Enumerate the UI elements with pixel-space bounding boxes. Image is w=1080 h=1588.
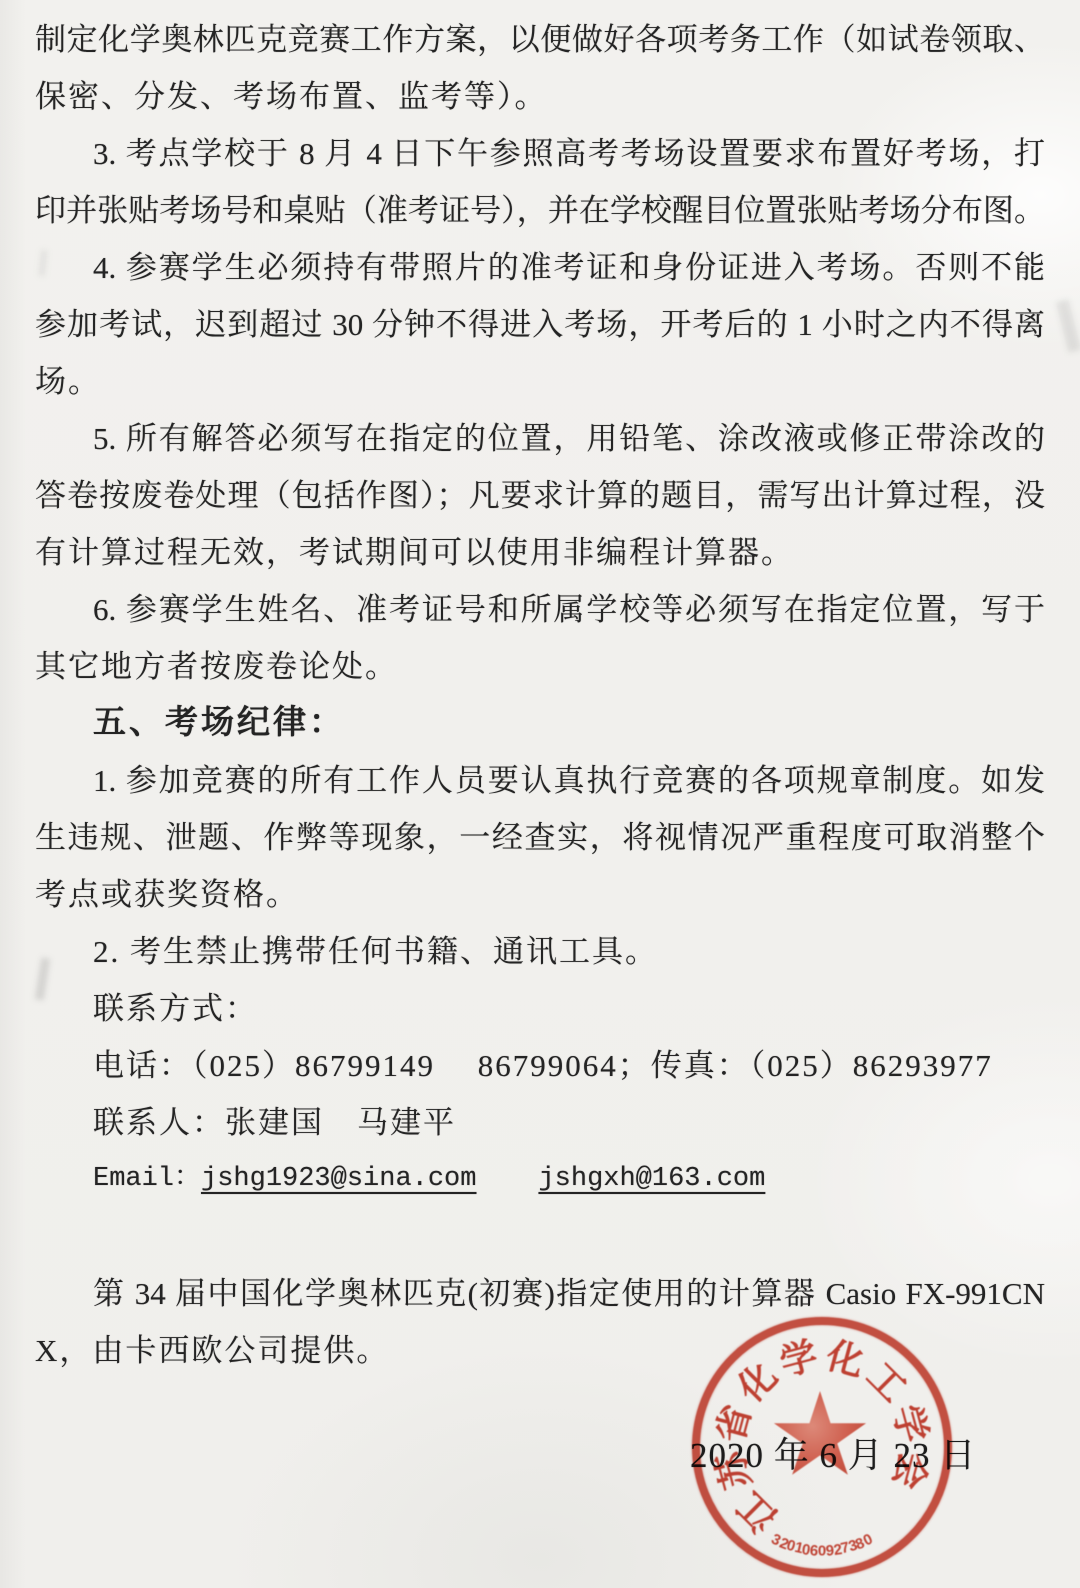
section-heading: 五、考场纪律：	[35, 695, 1045, 752]
text-line: 答卷按废卷处理（包括作图）；凡要求计算的题目，需写出计算过程，没	[35, 467, 1045, 524]
blank-line	[35, 1208, 1045, 1265]
text-line: 有计算过程无效，考试期间可以使用非编程计算器。	[35, 524, 1045, 581]
closing-line: 第 34 届中国化学奥林匹克(初赛)指定使用的计算器 Casio FX-991C…	[35, 1265, 1045, 1322]
text-line: 其它地方者按废卷论处。	[35, 638, 1045, 695]
text-line: 4. 参赛学生必须持有带照片的准考证和身份证进入考场。否则不能	[35, 239, 1045, 296]
email-line: Email：jshg1923@sina.comjshgxh@163.com	[35, 1151, 1045, 1208]
phone-fax-line: 电话：（025）86799149 86799064；传真：（025）862939…	[35, 1037, 1045, 1094]
text-line: 3. 考点学校于 8 月 4 日下午参照高考考场设置要求布置好考场，打	[35, 125, 1045, 182]
official-seal: 江苏省化学化工学会 3201060927380	[692, 1317, 952, 1577]
text-line: 1. 参加竞赛的所有工作人员要认真执行竞赛的各项规章制度。如发	[35, 752, 1045, 809]
email-address-2: jshgxh@163.com	[538, 1164, 765, 1194]
text-line: 印并张贴考场号和桌贴（准考证号），并在学校醒目位置张贴考场分布图。	[35, 182, 1045, 239]
text-line: 5. 所有解答必须写在指定的位置，用铅笔、涂改液或修正带涂改的	[35, 410, 1045, 467]
contact-heading: 联系方式：	[35, 980, 1045, 1037]
email-label: Email：	[93, 1164, 201, 1194]
text-line: 保密、分发、考场布置、监考等）。	[35, 68, 1045, 125]
text-line: 6. 参赛学生姓名、准考证号和所属学校等必须写在指定位置，写于	[35, 581, 1045, 638]
text-line: 生违规、泄题、作弊等现象，一经查实，将视情况严重程度可取消整个	[35, 809, 1045, 866]
text-line: 2. 考生禁止携带任何书籍、通讯工具。	[35, 923, 1045, 980]
text-line: 场。	[35, 353, 1045, 410]
document-body: 制定化学奥林匹克竞赛工作方案，以便做好各项考务工作（如试卷领取、 保密、分发、考…	[0, 0, 1080, 1379]
text-line: 制定化学奥林匹克竞赛工作方案，以便做好各项考务工作（如试卷领取、	[35, 11, 1045, 68]
text-line: 考点或获奖资格。	[35, 866, 1045, 923]
text-line: 参加考试，迟到超过 30 分钟不得进入考场，开考后的 1 小时之内不得离	[35, 296, 1045, 353]
contact-person-line: 联系人：张建国 马建平	[35, 1094, 1045, 1151]
email-address-1: jshg1923@sina.com	[201, 1164, 476, 1194]
scanned-document-page: { "page": { "paper_color": "#f2f1ee", "t…	[0, 0, 1080, 1588]
